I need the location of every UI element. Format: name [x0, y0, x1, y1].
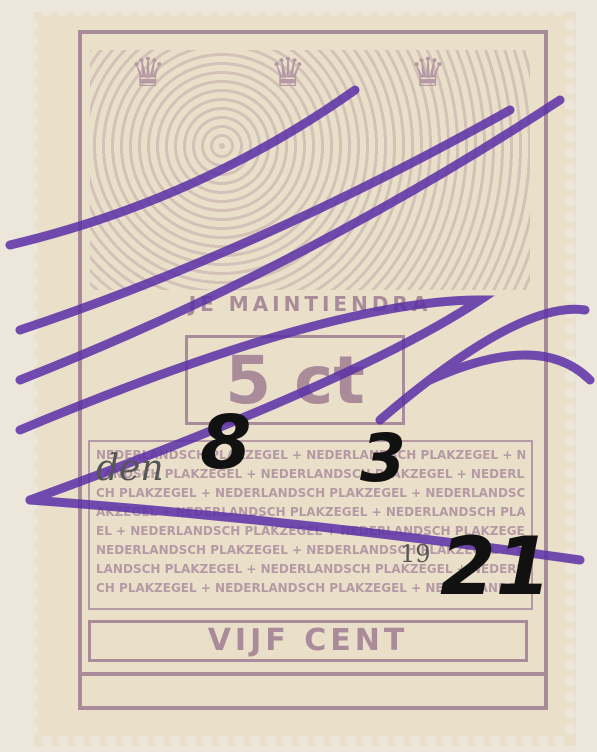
handwritten-year: 21: [440, 520, 551, 613]
handwritten-day: 8: [200, 400, 252, 486]
printed-year-prefix: 19: [400, 540, 431, 568]
handwritten-month: 3: [360, 420, 406, 497]
printed-den-label: den: [96, 448, 164, 489]
pen-cancellation-strokes: [0, 0, 597, 752]
